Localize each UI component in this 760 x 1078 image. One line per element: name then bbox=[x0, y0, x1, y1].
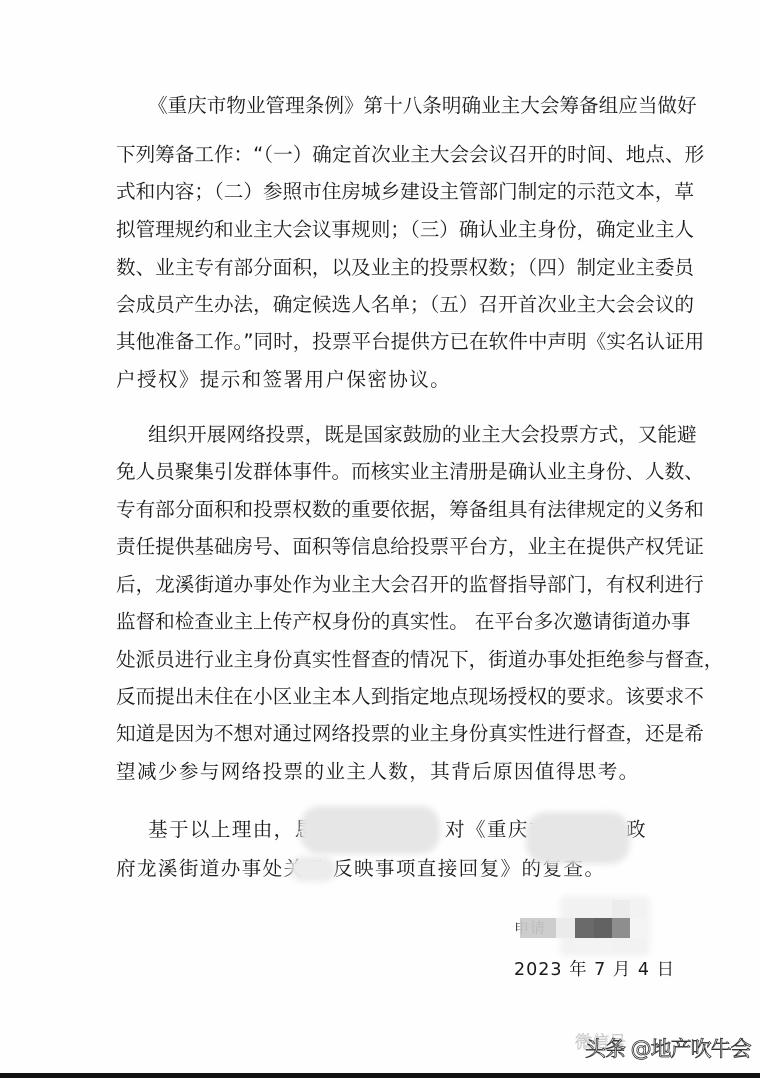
text-line: 专有部分面积和投票权数的重要依据，筹备组具有法律规定的义务和 bbox=[116, 498, 646, 522]
pixel-block bbox=[630, 918, 648, 938]
document-page: 《重庆市物业管理条例》第十八条明确业主大会筹备组应当做好 下列筹备工作：“（一）… bbox=[0, 0, 760, 1078]
text-line: 后，龙溪街道办事处作为业主大会召开的监督指导部门，有权利进行 bbox=[116, 573, 646, 597]
redaction-blur bbox=[526, 812, 630, 864]
text-line: 监督和检查业主上传产权身份的真实性。 在平台多次邀请街道办事 bbox=[116, 610, 646, 634]
text-line: 拟管理规约和业主大会议事规则；（三）确认业主身份，确定业主人 bbox=[116, 218, 646, 242]
text-line: 户授权》提示和签署用户保密协议。 bbox=[116, 368, 656, 392]
watermark: 头条 @地产吹牛会 bbox=[585, 1036, 751, 1062]
text-line: 处派员进行业主身份真实性督查的情况下，街道办事处拒绝参与督查， bbox=[116, 648, 646, 672]
text-line: 责任提供基础房号、面积等信息给投票平台方，业主在提供产权凭证 bbox=[116, 535, 646, 559]
redaction-blur bbox=[300, 806, 440, 854]
pixel-block bbox=[575, 918, 594, 938]
text-line: 免人员聚集引发群体事件。而核实业主清册是确认业主身份、人数、 bbox=[116, 460, 646, 484]
text-line: 会成员产生办法，确定候选人名单；（五）召开首次业主大会会议的 bbox=[116, 293, 646, 317]
text-line: 反而提出未住在小区业主本人到指定地点现场授权的要求。该要求不 bbox=[116, 685, 646, 709]
pixel-block bbox=[520, 918, 556, 938]
pixel-block bbox=[594, 918, 612, 938]
redaction-blur bbox=[290, 856, 336, 882]
pixel-block bbox=[612, 900, 630, 918]
bottom-border bbox=[0, 1073, 760, 1078]
pixel-block bbox=[612, 918, 630, 938]
text-line: 组织开展网络投票，既是国家鼓励的业主大会投票方式，又能避 bbox=[148, 423, 646, 447]
pixel-block bbox=[575, 938, 612, 954]
text-line: 知道是因为不想对通过网络投票的业主身份真实性进行督查，还是希 bbox=[116, 722, 646, 746]
text-line: 下列筹备工作：“（一）确定首次业主大会会议召开的时间、地点、形 bbox=[116, 143, 646, 167]
signature-date: 2023 年 7 月 4 日 bbox=[514, 958, 675, 982]
text-line: 数、业主专有部分面积，以及业主的投票权数；（四）制定业主委员 bbox=[116, 256, 646, 280]
text-line: 《重庆市物业管理条例》第十八条明确业主大会筹备组应当做好 bbox=[148, 94, 646, 118]
pixel-block bbox=[556, 918, 575, 938]
text-line: 望减少参与网络投票的业主人数，其背后原因值得思考。 bbox=[116, 760, 656, 784]
text-line: 式和内容；（二）参照市住房城乡建设主管部门制定的示范文本，草 bbox=[116, 180, 646, 204]
text-line: 其他准备工作。”同时，投票平台提供方已在软件中声明《实名认证用 bbox=[116, 330, 646, 354]
